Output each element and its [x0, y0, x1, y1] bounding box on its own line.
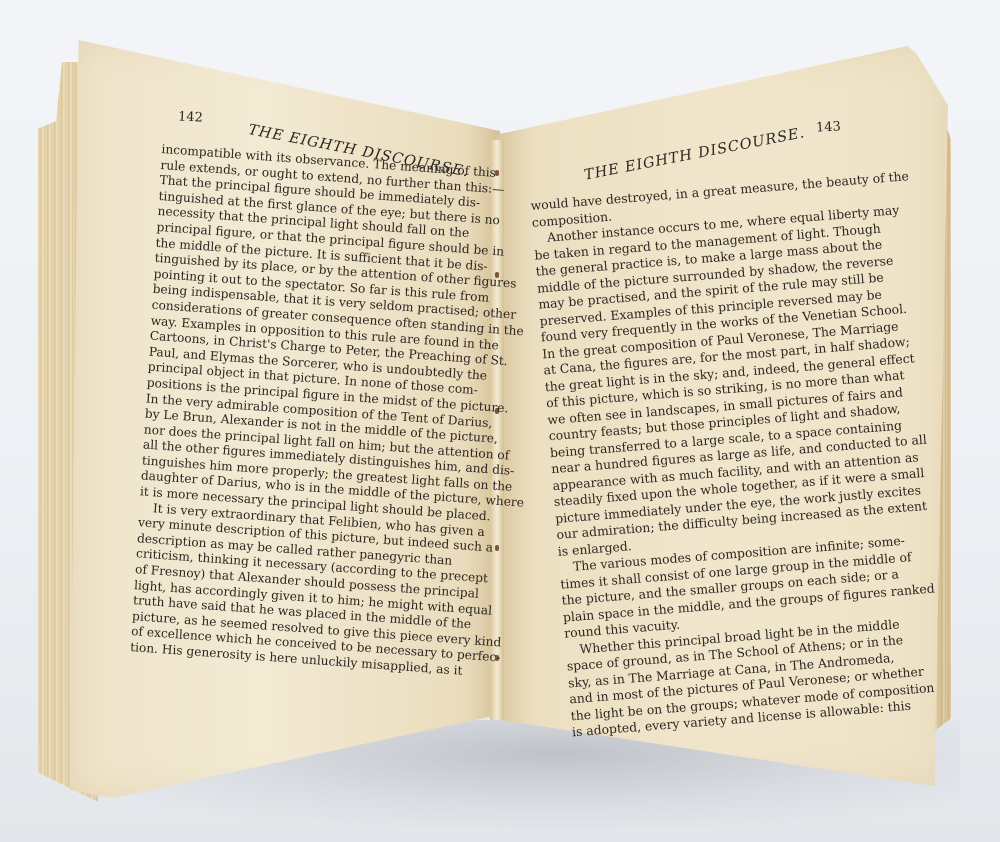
right-page-number: 143 — [816, 119, 842, 135]
left-page-number: 142 — [178, 109, 204, 125]
left-page-body: incompatible with its observance. The me… — [130, 142, 491, 679]
right-page-body: would have destroyed, in a great measure… — [530, 172, 902, 741]
binding-stitch — [495, 545, 499, 551]
photo-scene: 142 THE EIGHTH DISCOURSE. 143 THE EIGHTH… — [0, 0, 1000, 842]
